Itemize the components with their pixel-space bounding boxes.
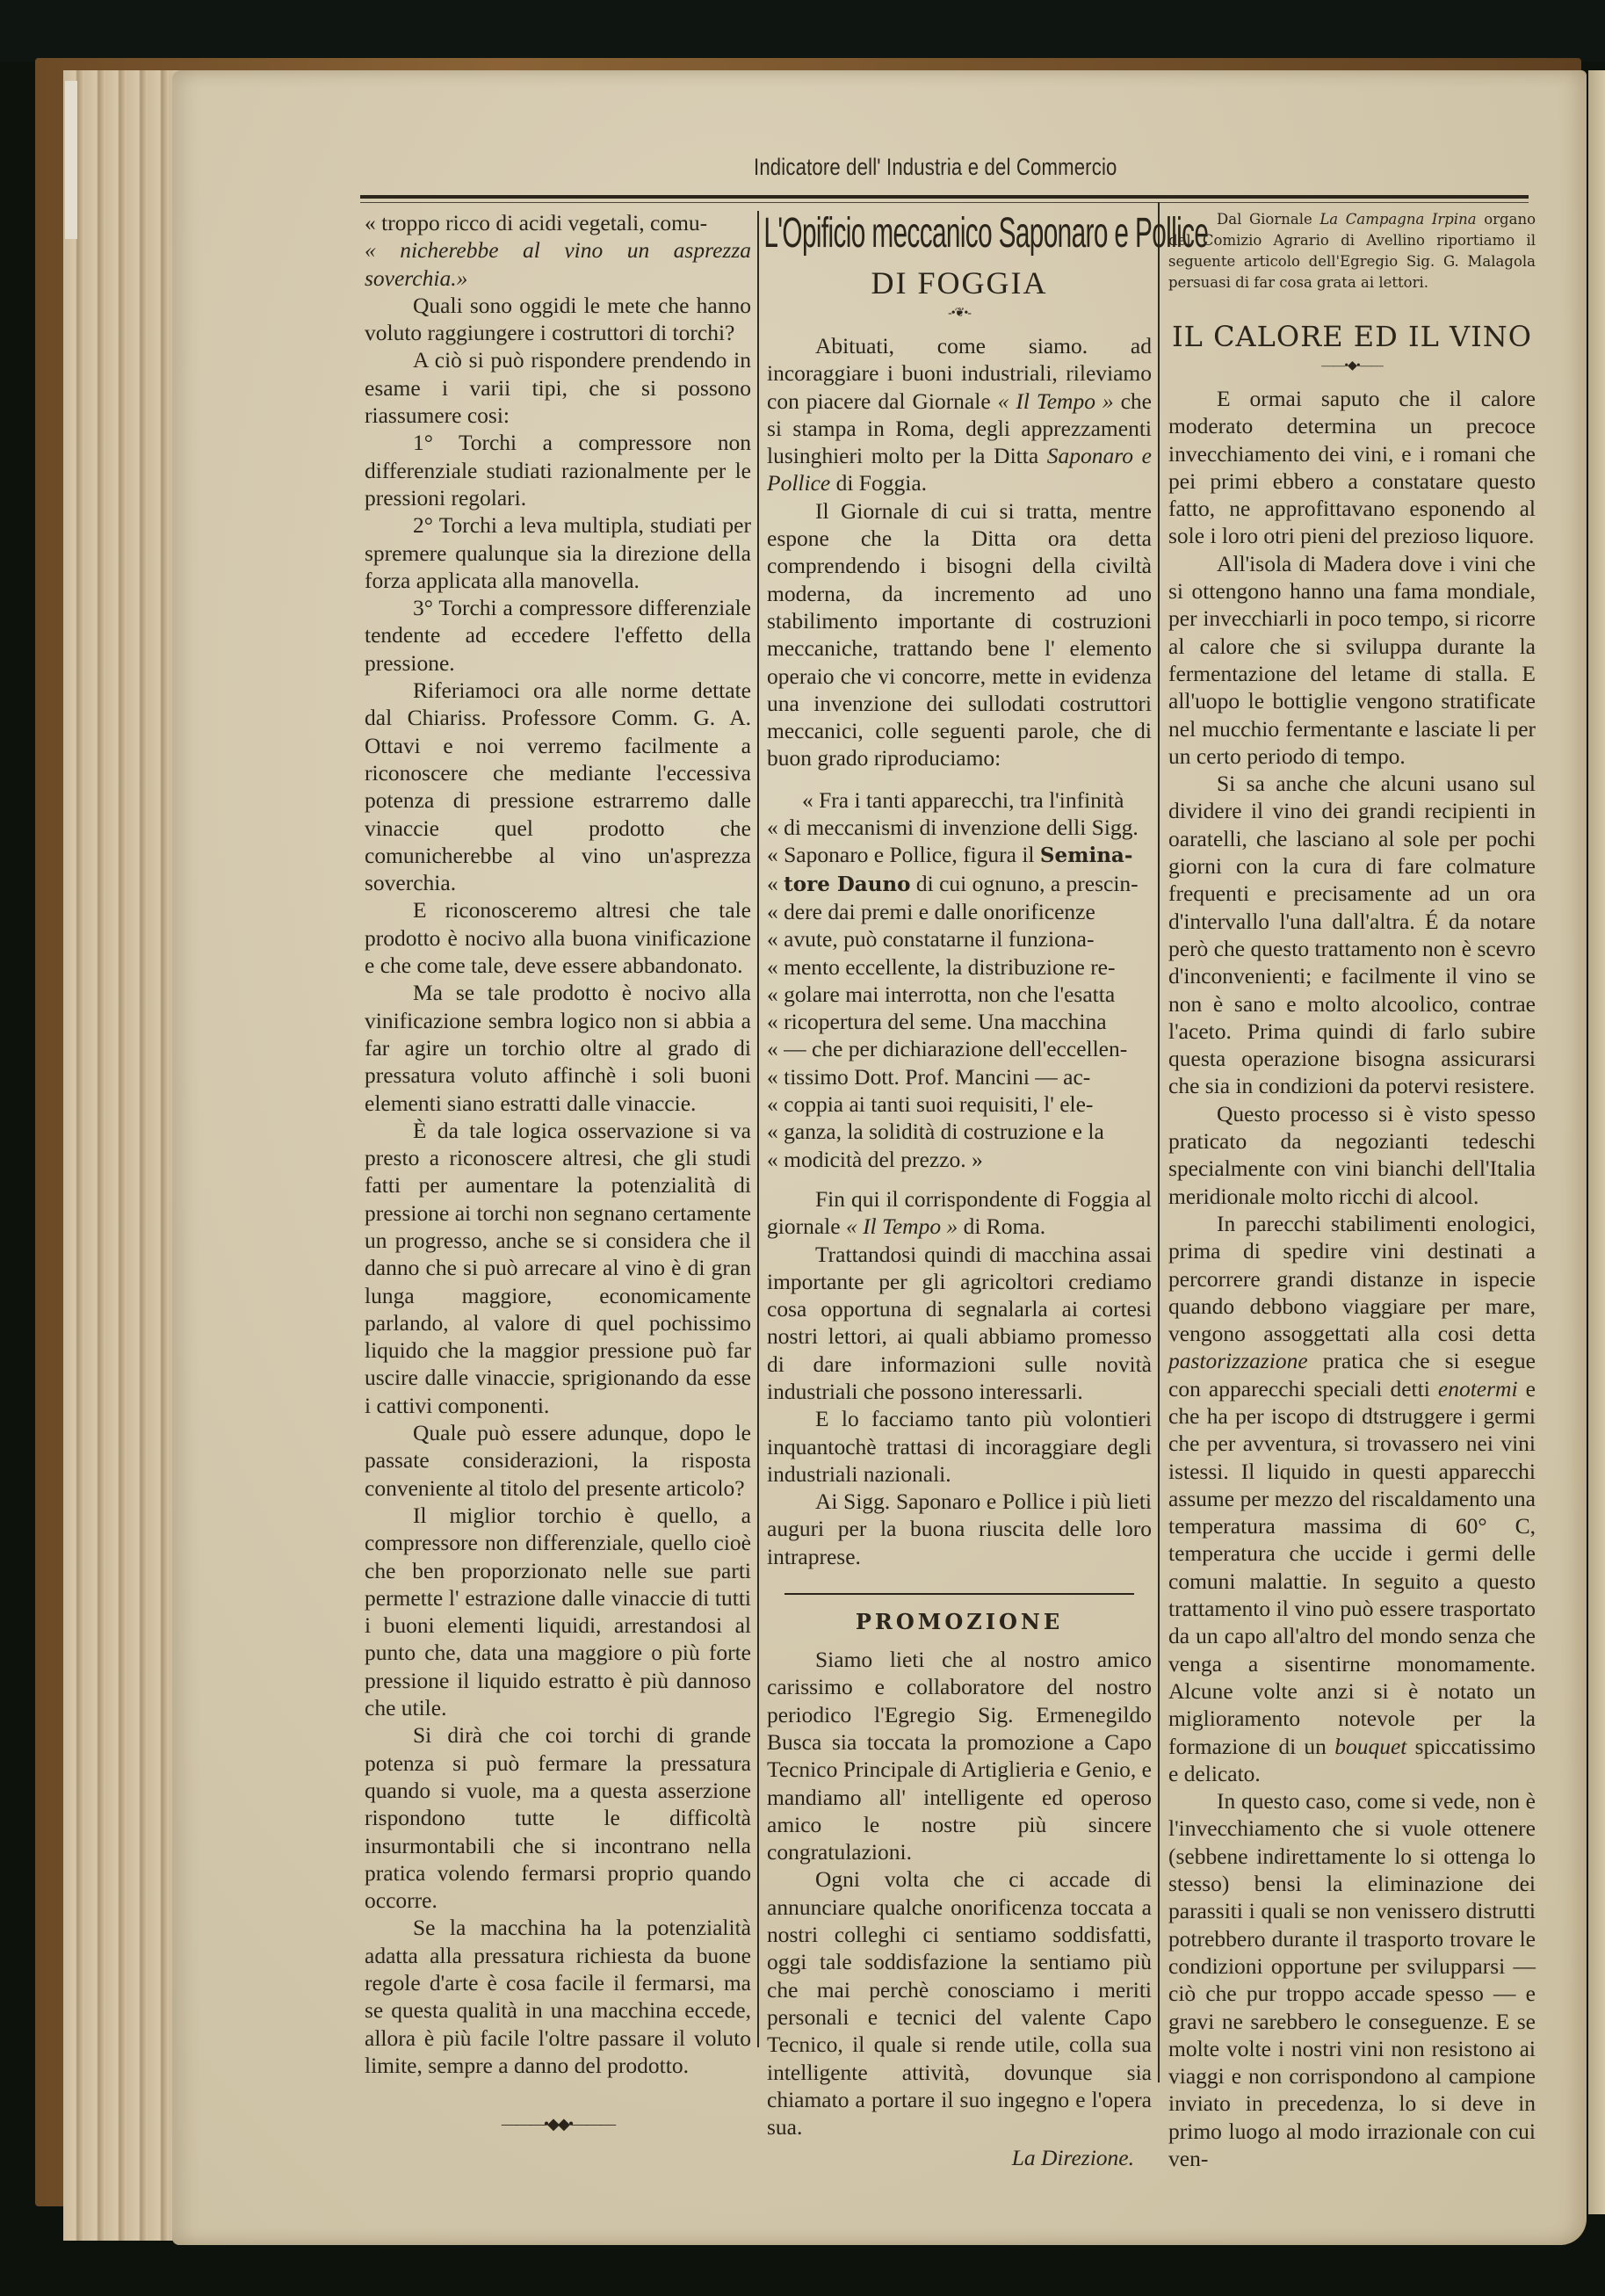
paragraph: Ogni volta che ci accade di annunciare q… <box>767 1865 1152 2140</box>
section-rule <box>784 1593 1134 1595</box>
ornament-icon: -•❦•- <box>767 306 1152 322</box>
background-top <box>0 0 1605 62</box>
list-item-2: 2° Torchi a leva multipla, studiati per … <box>365 511 751 594</box>
paragraph: In parecchi stabilimenti enologici, prim… <box>1168 1210 1536 1787</box>
signature: La Direzione. <box>767 2144 1152 2171</box>
paragraph: A ciò si può rispondere prendendo in esa… <box>365 346 751 429</box>
next-page-edge <box>1588 70 1605 2214</box>
list-item-3: 3° Torchi a compressore differenziale te… <box>365 594 751 677</box>
paragraph: Quale può essere adunque, dopo le passat… <box>365 1419 751 1502</box>
paragraph: Ma se tale prodotto è nocivo alla vinifi… <box>365 979 751 1116</box>
paragraph: Ai Sigg. Saponaro e Pollice i più lieti … <box>767 1488 1152 1570</box>
ornament-icon: ——•◆•—— <box>1168 359 1536 374</box>
paragraph: E ormai saputo che il calore moderato de… <box>1168 385 1536 550</box>
header-rule-thin <box>360 202 1529 203</box>
quote-line: « nicherebbe al vino un asprezza soverch… <box>365 236 751 292</box>
article-title: IL CALORE ED IL VINO <box>1168 320 1536 353</box>
paragraph: Fin qui il corrispondente di Foggia al g… <box>767 1185 1152 1241</box>
column-1-article-torchi: « troppo ricco di acidi vegetali, comu- … <box>365 209 751 2138</box>
paragraph: Siamo lieti che al nostro amico carissim… <box>767 1646 1152 1865</box>
column-2-article-opificio: L'Opificio meccanico Saponaro e Pollice … <box>767 209 1152 2172</box>
header-rule <box>360 195 1529 199</box>
paragraph: Si sa anche che alcuni usano sul divider… <box>1168 770 1536 1100</box>
paragraph: In questo caso, come si vede, non è l'in… <box>1168 1787 1536 2172</box>
page-stack-highlight <box>65 81 77 239</box>
page-stack-edges <box>63 70 186 2241</box>
article-title: L'Opificio meccanico Saponaro e Pollice <box>763 209 1154 258</box>
running-head: Indicatore dell' Industria e del Commerc… <box>754 154 1117 181</box>
section-title-promozione: PROMOZIONE <box>767 1609 1152 1635</box>
paragraph: Il miglior torchio è quello, a compresso… <box>365 1502 751 1721</box>
article-subtitle: DI FOGGIA <box>767 265 1152 301</box>
column-divider-2 <box>1158 202 1160 2082</box>
paragraph: Quali sono oggidi le mete che hanno volu… <box>365 292 751 347</box>
paragraph: Riferiamoci ora alle norme dettate dal C… <box>365 677 751 896</box>
column-3-article-calore: Dal Giornale La Campagna Irpina organo d… <box>1168 209 1536 2172</box>
paragraph: Abituati, come siamo. ad incoraggiare i … <box>767 332 1152 497</box>
paragraph: Se la macchina ha la potenzialità adatta… <box>365 1914 751 2079</box>
intro-note: Dal Giornale La Campagna Irpina organo d… <box>1168 209 1536 293</box>
list-item-1: 1° Torchi a compressore non differenzial… <box>365 429 751 511</box>
paragraph: Trattandosi quindi di macchina assai imp… <box>767 1241 1152 1406</box>
end-ornament-icon: ———•◆◆•——— <box>365 2111 751 2138</box>
paragraph: È da tale logica osservazione si va pres… <box>365 1117 751 1419</box>
paragraph: Questo processo si è visto spesso pratic… <box>1168 1100 1536 1210</box>
paragraph: Il Giornale di cui si tratta, mentre esp… <box>767 497 1152 772</box>
paragraph: E lo facciamo tanto più volontieri inqua… <box>767 1405 1152 1488</box>
paragraph: All'isola di Madera dove i vini che si o… <box>1168 550 1536 770</box>
column-divider-1 <box>757 211 759 2047</box>
quoted-block: « Fra i tanti apparecchi, tra l'infinità… <box>767 786 1152 1173</box>
paragraph: E riconosceremo altresi che tale prodott… <box>365 896 751 979</box>
paragraph: Si dirà che coi torchi di grande potenza… <box>365 1721 751 1914</box>
quote-line: « troppo ricco di acidi vegetali, comu- <box>365 209 751 236</box>
